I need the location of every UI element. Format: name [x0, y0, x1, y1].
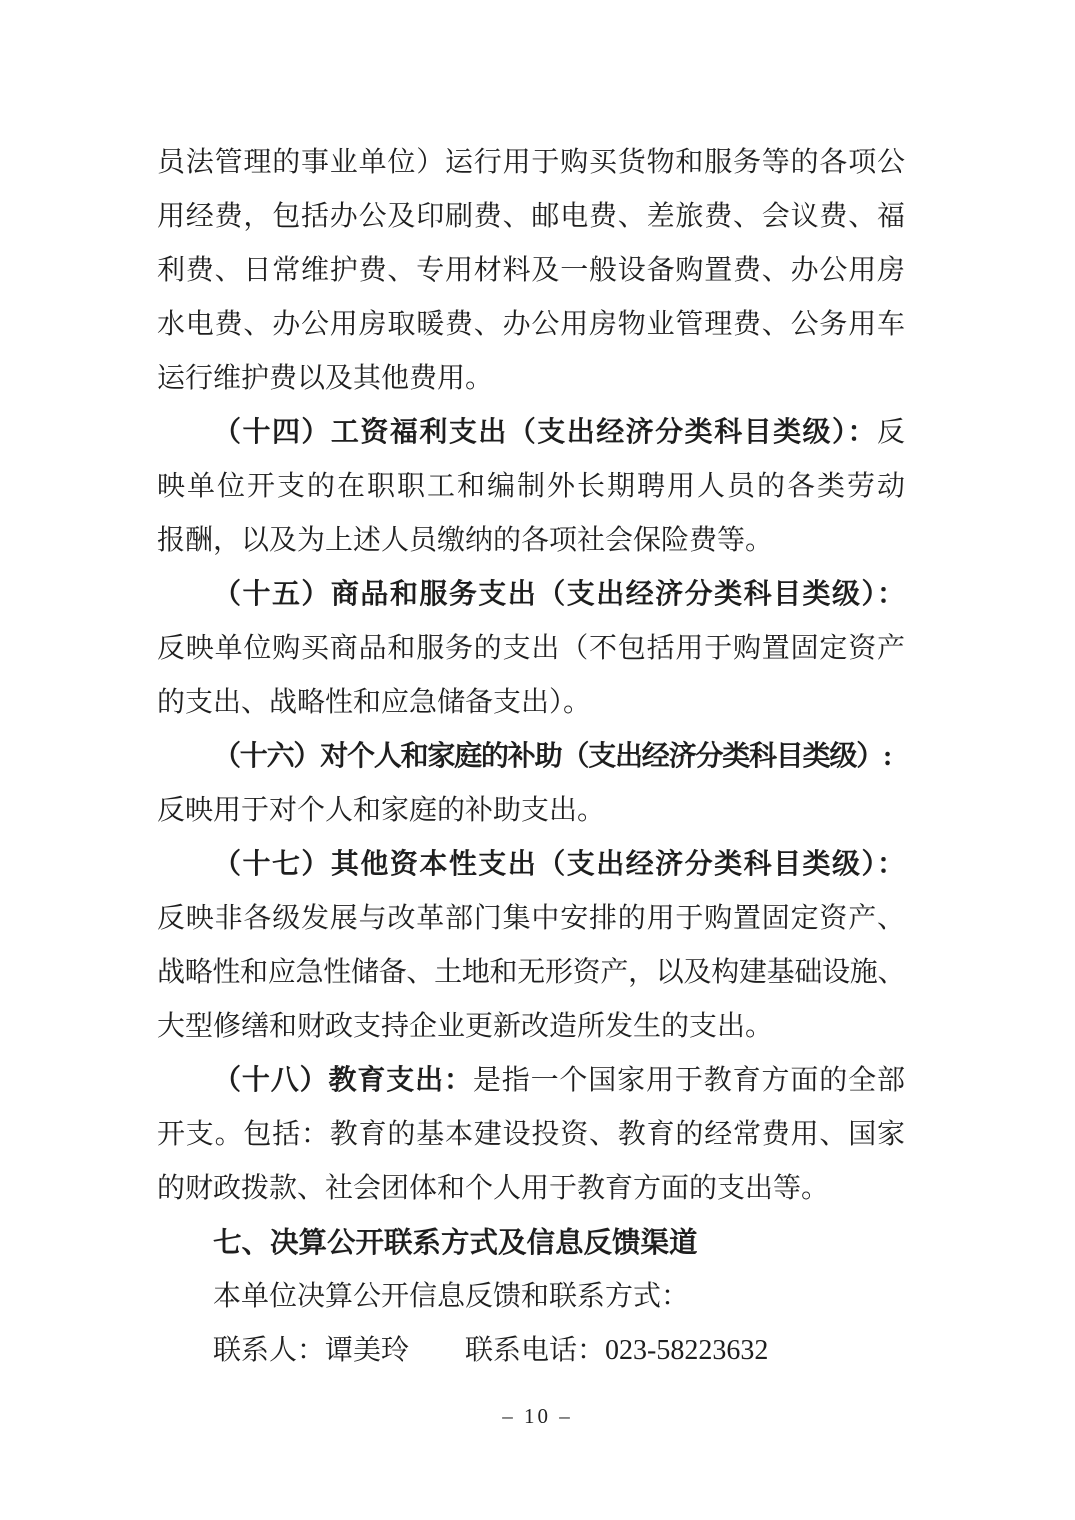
- body-line: 反映用于对个人和家庭的补助支出。: [157, 784, 905, 838]
- body-line: 运行维护费以及其他费用。: [157, 352, 905, 406]
- body-line: 利费、日常维护费、专用材料及一般设备购置费、办公用房: [157, 244, 905, 298]
- para-16-heading-line: （十六）对个人和家庭的补助（支出经济分类科目类级）:: [157, 730, 905, 784]
- body-line: 反映非各级发展与改革部门集中安排的用于购置固定资产、: [157, 892, 905, 946]
- contact-person: 联系人：谭美玲: [213, 1335, 409, 1366]
- para-14-lead-label: （十四）工资福利支出（支出经济分类科目类级）：: [213, 417, 877, 448]
- para-15-heading-line: （十五）商品和服务支出（支出经济分类科目类级）：: [157, 568, 905, 622]
- body-line: 大型修缮和财政支持企业更新改造所发生的支出。: [157, 1000, 905, 1054]
- body-line: 的支出、战略性和应急储备支出）。: [157, 676, 905, 730]
- para-15-lead-label: （十五）商品和服务支出（支出经济分类科目类级）：: [213, 579, 905, 610]
- para-17-heading-line: （十七）其他资本性支出（支出经济分类科目类级）：: [157, 838, 905, 892]
- para-18-body-start: 是指一个国家用于教育方面的全部: [473, 1065, 905, 1096]
- body-line: 员法管理的事业单位）运行用于购买货物和服务等的各项公: [157, 136, 905, 190]
- body-line: 开支。包括：教育的基本建设投资、教育的经常费用、国家: [157, 1108, 905, 1162]
- page-number: – 10 –: [0, 1396, 1075, 1436]
- body-line: 报酬，以及为上述人员缴纳的各项社会保险费等。: [157, 514, 905, 568]
- body-line: 反映单位购买商品和服务的支出（不包括用于购置固定资产: [157, 622, 905, 676]
- body-line: 水电费、办公用房取暖费、办公用房物业管理费、公务用车: [157, 298, 905, 352]
- para-18-heading-line: （十八）教育支出：是指一个国家用于教育方面的全部: [157, 1054, 905, 1108]
- contact-line: 联系人：谭美玲联系电话：023-58223632: [157, 1324, 905, 1378]
- body-line: 战略性和应急性储备、土地和无形资产，以及构建基础设施、: [157, 946, 905, 1000]
- para-17-lead-label: （十七）其他资本性支出（支出经济分类科目类级）：: [213, 849, 905, 880]
- para-18-lead-label: （十八）教育支出：: [213, 1065, 473, 1096]
- para-14-heading-line: （十四）工资福利支出（支出经济分类科目类级）：反: [157, 406, 905, 460]
- document-page: 员法管理的事业单位）运行用于购买货物和服务等的各项公 用经费，包括办公及印刷费、…: [0, 0, 1075, 1520]
- contact-phone: 联系电话：023-58223632: [465, 1335, 768, 1366]
- para-16-lead-label: （十六）对个人和家庭的补助（支出经济分类科目类级）:: [213, 741, 891, 772]
- body-line: 映单位开支的在职职工和编制外长期聘用人员的各类劳动: [157, 460, 905, 514]
- section-7-heading: 七、决算公开联系方式及信息反馈渠道: [157, 1216, 905, 1270]
- document-body: 员法管理的事业单位）运行用于购买货物和服务等的各项公 用经费，包括办公及印刷费、…: [157, 136, 905, 1378]
- body-line: 的财政拨款、社会团体和个人用于教育方面的支出等。: [157, 1162, 905, 1216]
- body-line: 用经费，包括办公及印刷费、邮电费、差旅费、会议费、福: [157, 190, 905, 244]
- contact-intro-line: 本单位决算公开信息反馈和联系方式：: [157, 1270, 905, 1324]
- para-14-body-start: 反: [877, 417, 905, 448]
